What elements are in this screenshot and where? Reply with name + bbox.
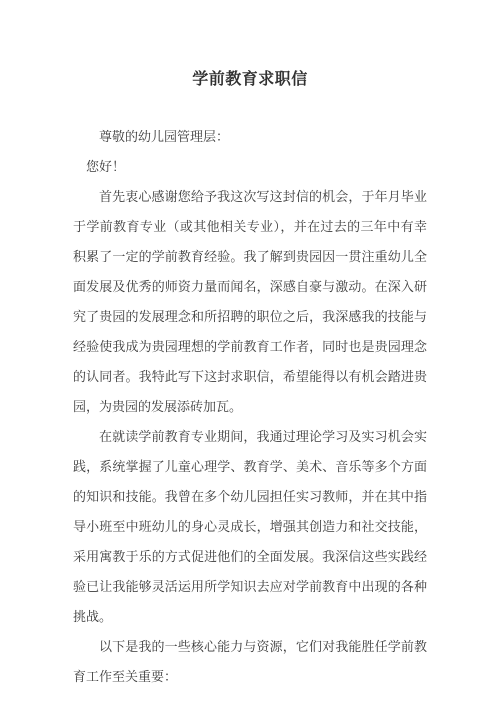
- body-paragraph-experience: 在就读学前教育专业期间，我通过理论学习及实习机会实践，系统掌握了儿童心理学、教育…: [73, 422, 427, 632]
- body-paragraph-intro: 首先衷心感谢您给予我这次写这封信的机会，于年月毕业于学前教育专业（或其他相关专业…: [73, 182, 427, 422]
- greeting-line: 您好！: [73, 152, 427, 182]
- salutation-line: 尊敬的幼儿园管理层：: [73, 122, 427, 152]
- document-title: 学前教育求职信: [73, 68, 427, 92]
- body-paragraph-abilities-lead-in: 以下是我的一些核心能力与资源，它们对我能胜任学前教育工作至关重要：: [73, 632, 427, 692]
- document-page: 学前教育求职信 尊敬的幼儿园管理层： 您好！ 首先衷心感谢您给予我这次写这封信的…: [0, 0, 500, 707]
